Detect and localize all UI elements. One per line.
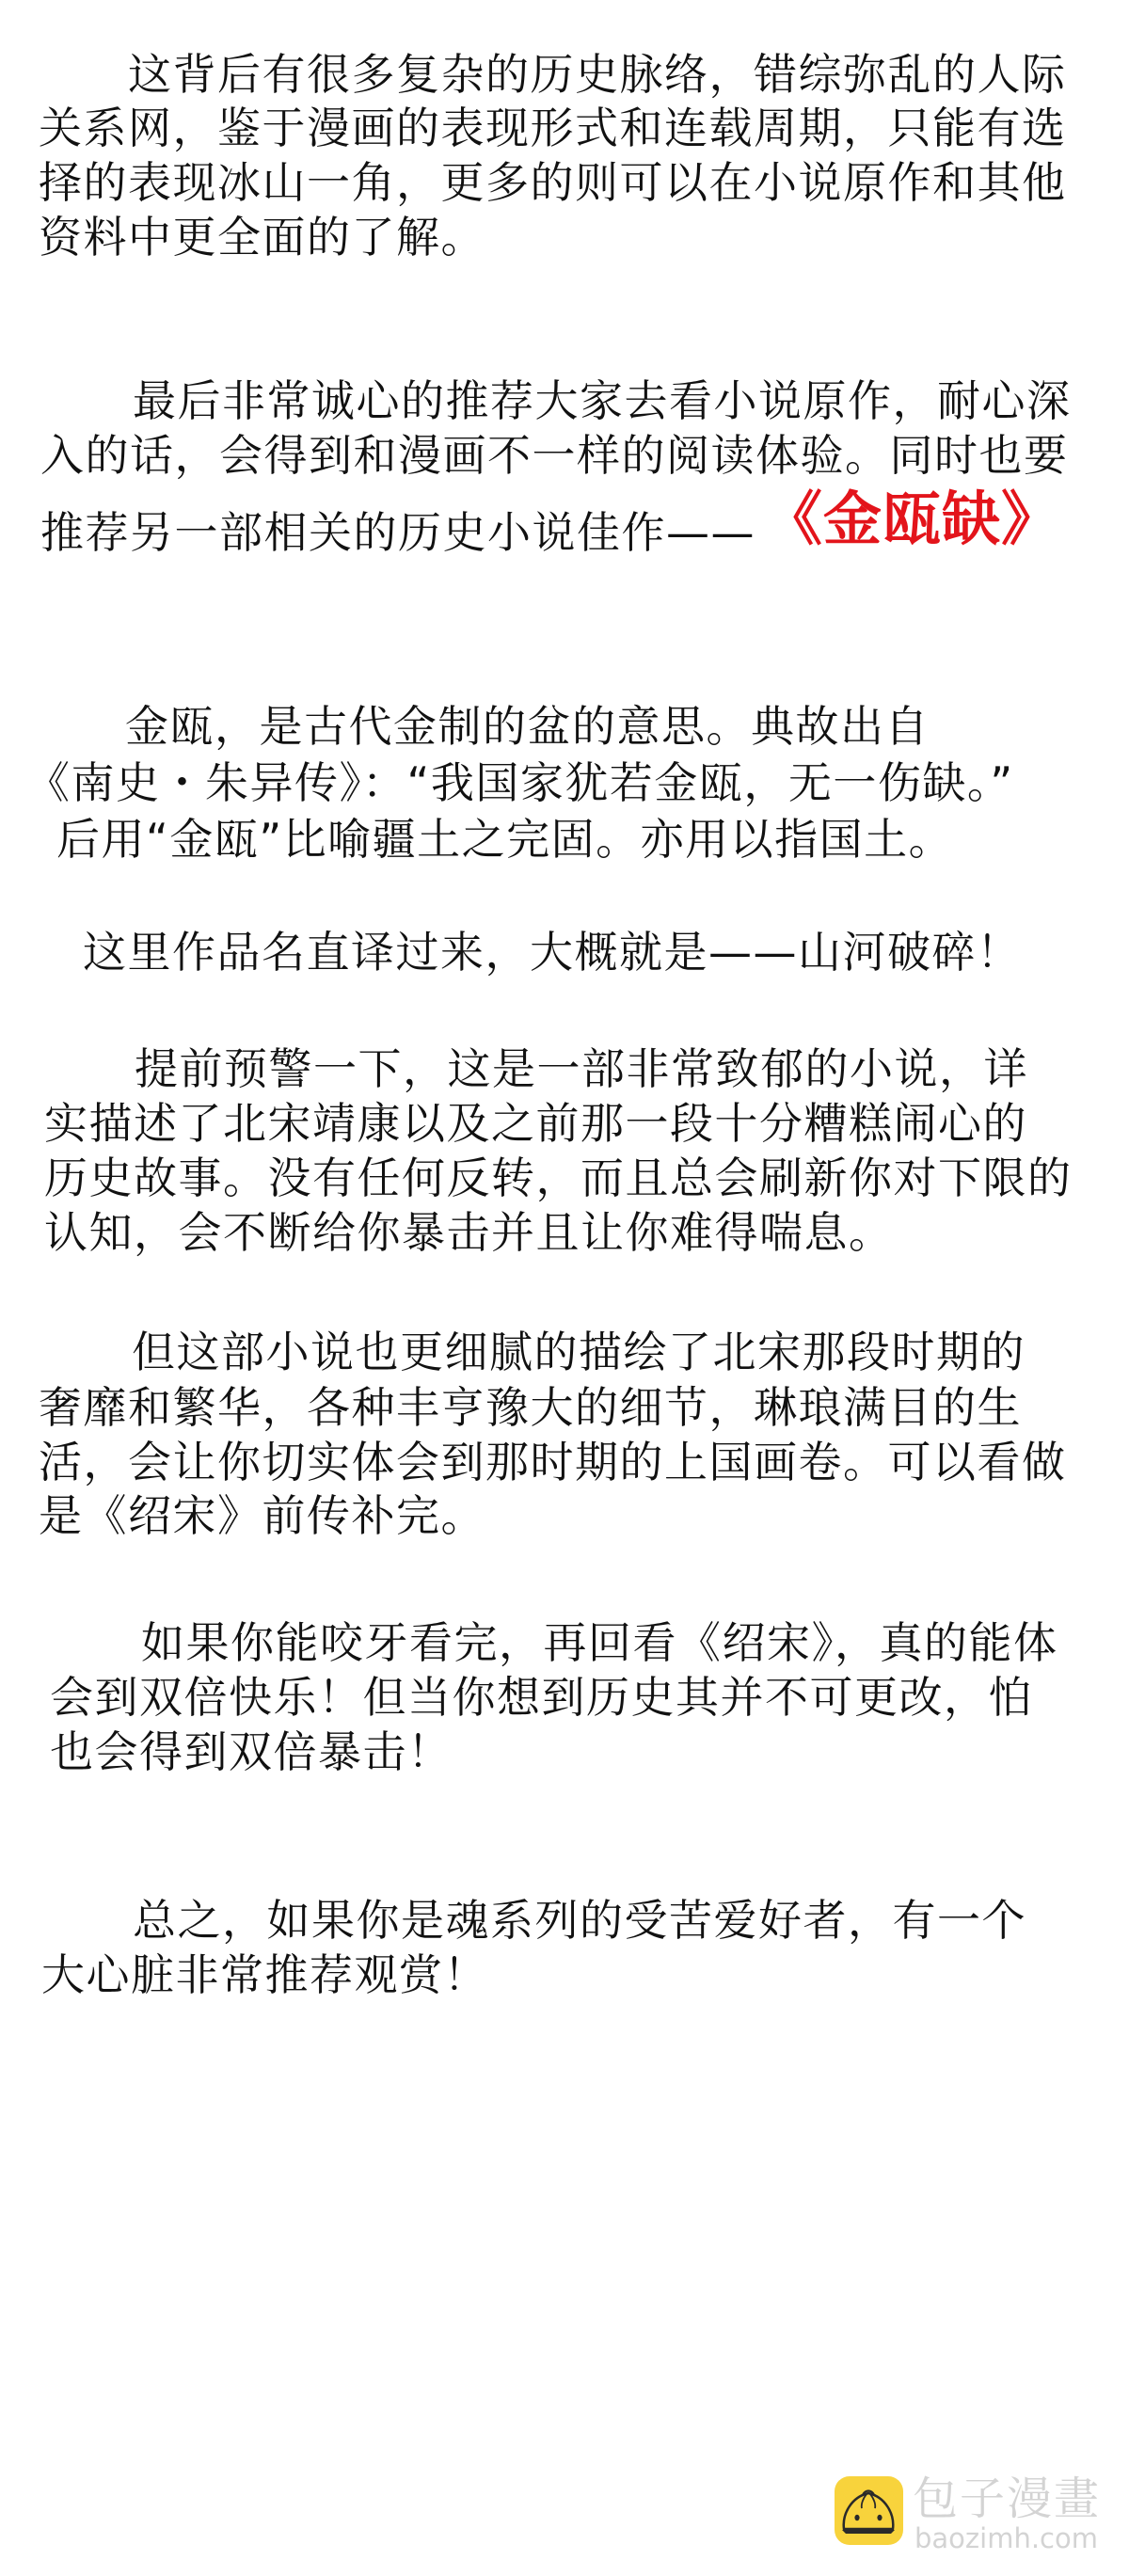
watermark-site-name: 包子漫畫 <box>913 2474 1101 2523</box>
text-line: 实描述了北宋靖康以及之前那一段十分糟糕闹心的 <box>44 1102 1027 1145</box>
text-line: 认知，会不断给你暴击并且让你难得喘息。 <box>44 1211 894 1254</box>
text-line: 也会得到双倍暴击！ <box>50 1730 453 1773</box>
text-line: 如果你能咬牙看完，再回看《绍宋》，真的能体 <box>141 1621 1058 1664</box>
text-line: 入的话，会得到和漫画不一样的阅读体验。同时也要 <box>40 434 1069 477</box>
watermark-site-url: baozimh.com <box>914 2523 1098 2553</box>
text-line: 提前预警一下，这是一部非常致郁的小说，详 <box>135 1047 1028 1090</box>
text-line: 活，会让你切实体会到那时期的上国画卷。可以看做 <box>39 1440 1067 1484</box>
text-line: 大心脏非常推荐观赏！ <box>41 1953 488 1996</box>
steamed-bun-logo-icon <box>835 2476 903 2545</box>
text-line: 金瓯，是古代金制的盆的意思。典故出自 <box>125 705 930 748</box>
text-line: 会到双倍快乐！但当你想到历史其并不可更改，怕 <box>50 1676 1033 1719</box>
text-line: 是《绍宋》前传补完。 <box>39 1494 485 1537</box>
text-line: 但这部小说也更细腻的描绘了北宋那段时期的 <box>132 1330 1026 1374</box>
text-line: 后用“金瓯”比喻疆土之完固。亦用以指国土。 <box>56 818 953 861</box>
text-line: 择的表现冰山一角，更多的则可以在小说原作和其他 <box>39 161 1067 204</box>
text-line: 《南史・朱异传》：“我国家犹若金瓯，无一伤缺。” <box>26 761 1014 804</box>
text-line: 最后非常诚心的推荐大家去看小说原作，耐心深 <box>133 379 1072 422</box>
text-line: 这里作品名直译过来，大概就是——山河破碎！ <box>83 930 1022 974</box>
text-line: 资料中更全面的了解。 <box>39 215 485 259</box>
text-line: 奢靡和繁华，各种丰亨豫大的细节，琳琅满目的生 <box>39 1386 1022 1429</box>
text-line: 历史故事。没有任何反转，而且总会刷新你对下限的 <box>44 1156 1073 1200</box>
book-title-highlight: 《金瓯缺》 <box>764 488 1060 550</box>
text-line: 推荐另一部相关的历史小说佳作—— <box>40 511 755 554</box>
text-line: 总之，如果你是魂系列的受苦爱好者，有一个 <box>133 1899 1026 1942</box>
comic-afterword-page: 这背后有很多复杂的历史脉络，错综弥乱的人际 关系网，鉴于漫画的表现形式和连载周期… <box>0 0 1129 2576</box>
text-line: 这背后有很多复杂的历史脉络，错综弥乱的人际 <box>128 53 1067 96</box>
text-line: 关系网，鉴于漫画的表现形式和连载周期，只能有选 <box>39 106 1067 150</box>
